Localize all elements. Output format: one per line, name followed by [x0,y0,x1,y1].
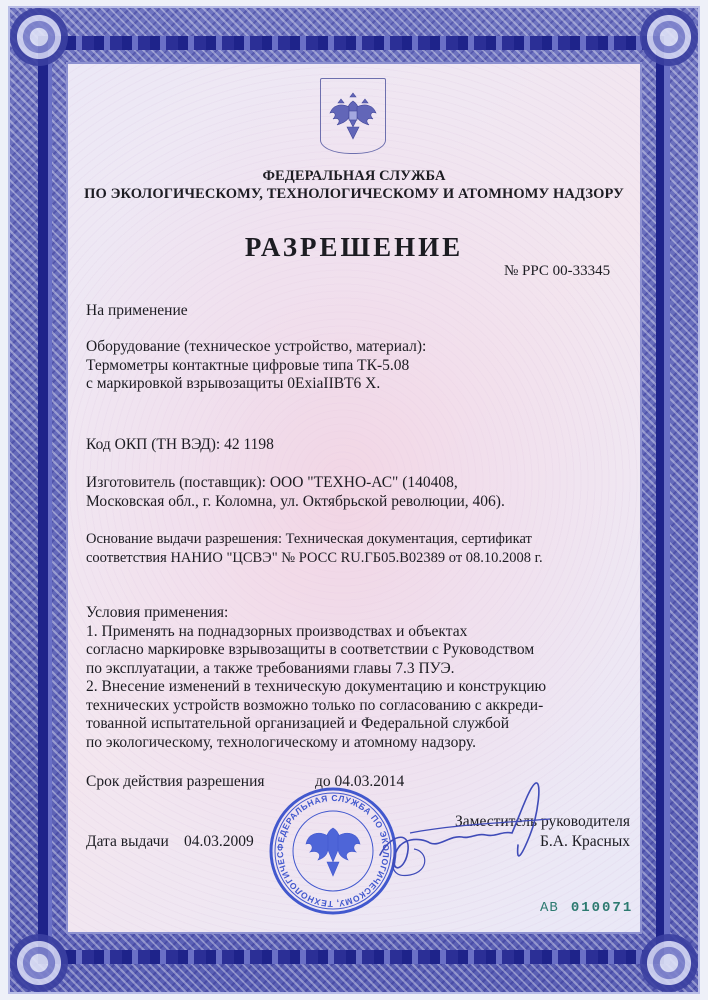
serial-number: АВ010071 [540,900,633,916]
permit-number: № РРС 00-33345 [504,263,610,280]
validity-label: Срок действия разрешения [86,773,265,791]
corner-ornament-icon [4,2,74,72]
equipment-block: Оборудование (техническое устройство, ма… [86,338,426,394]
manufacturer-line: Изготовитель (поставщик): ООО "ТЕХНО-АС"… [86,474,505,493]
signature [370,775,560,885]
purpose-text: На применение [86,302,188,321]
equipment-line: Оборудование (техническое устройство, ма… [86,338,426,357]
condition-line: 2. Внесение изменений в техническую доку… [86,678,546,697]
basis-line: соответствия НАНИО "ЦСВЭ" № РОСС RU.ГБ05… [86,549,543,568]
conditions-block: Условия применения: 1. Применять на подн… [86,604,546,752]
conditions-heading: Условия применения: [86,604,546,623]
condition-line: согласно маркировке взрывозащиты в соотв… [86,641,546,660]
serial-digits: 010071 [571,900,633,916]
condition-line: по экологическому, технологическому и ат… [86,734,546,753]
issue-date-label: Дата выдачи [86,833,169,851]
condition-line: тованной испытательной организацией и Фе… [86,715,546,734]
serial-series: АВ [540,900,559,916]
basis-block: Основание выдачи разрешения: Техническая… [86,530,543,567]
corner-ornament-icon [4,928,74,998]
agency-name-line2: ПО ЭКОЛОГИЧЕСКОМУ, ТЕХНОЛОГИЧЕСКОМУ И АТ… [66,186,642,203]
okp-code: Код ОКП (ТН ВЭД): 42 1198 [86,436,274,455]
document-title: РАЗРЕШЕНИЕ [66,232,642,263]
coat-of-arms-icon [320,78,386,154]
basis-line: Основание выдачи разрешения: Техническая… [86,530,543,549]
manufacturer-line: Московская обл., г. Коломна, ул. Октябрь… [86,493,505,512]
agency-name-line1: ФЕДЕРАЛЬНАЯ СЛУЖБА [66,168,642,185]
corner-ornament-icon [634,2,704,72]
issue-date-value: 04.03.2009 [184,833,254,851]
equipment-line: с маркировкой взрывозащиты 0ExiaIIBT6 X. [86,375,426,394]
corner-ornament-icon [634,928,704,998]
equipment-line: Термометры контактные цифровые типа ТК-5… [86,357,426,376]
condition-line: технических устройств возможно только по… [86,697,546,716]
manufacturer-block: Изготовитель (поставщик): ООО "ТЕХНО-АС"… [86,474,505,511]
condition-line: 1. Применять на поднадзорных производств… [86,623,546,642]
condition-line: по эксплуатации, а также требованиями гл… [86,660,546,679]
